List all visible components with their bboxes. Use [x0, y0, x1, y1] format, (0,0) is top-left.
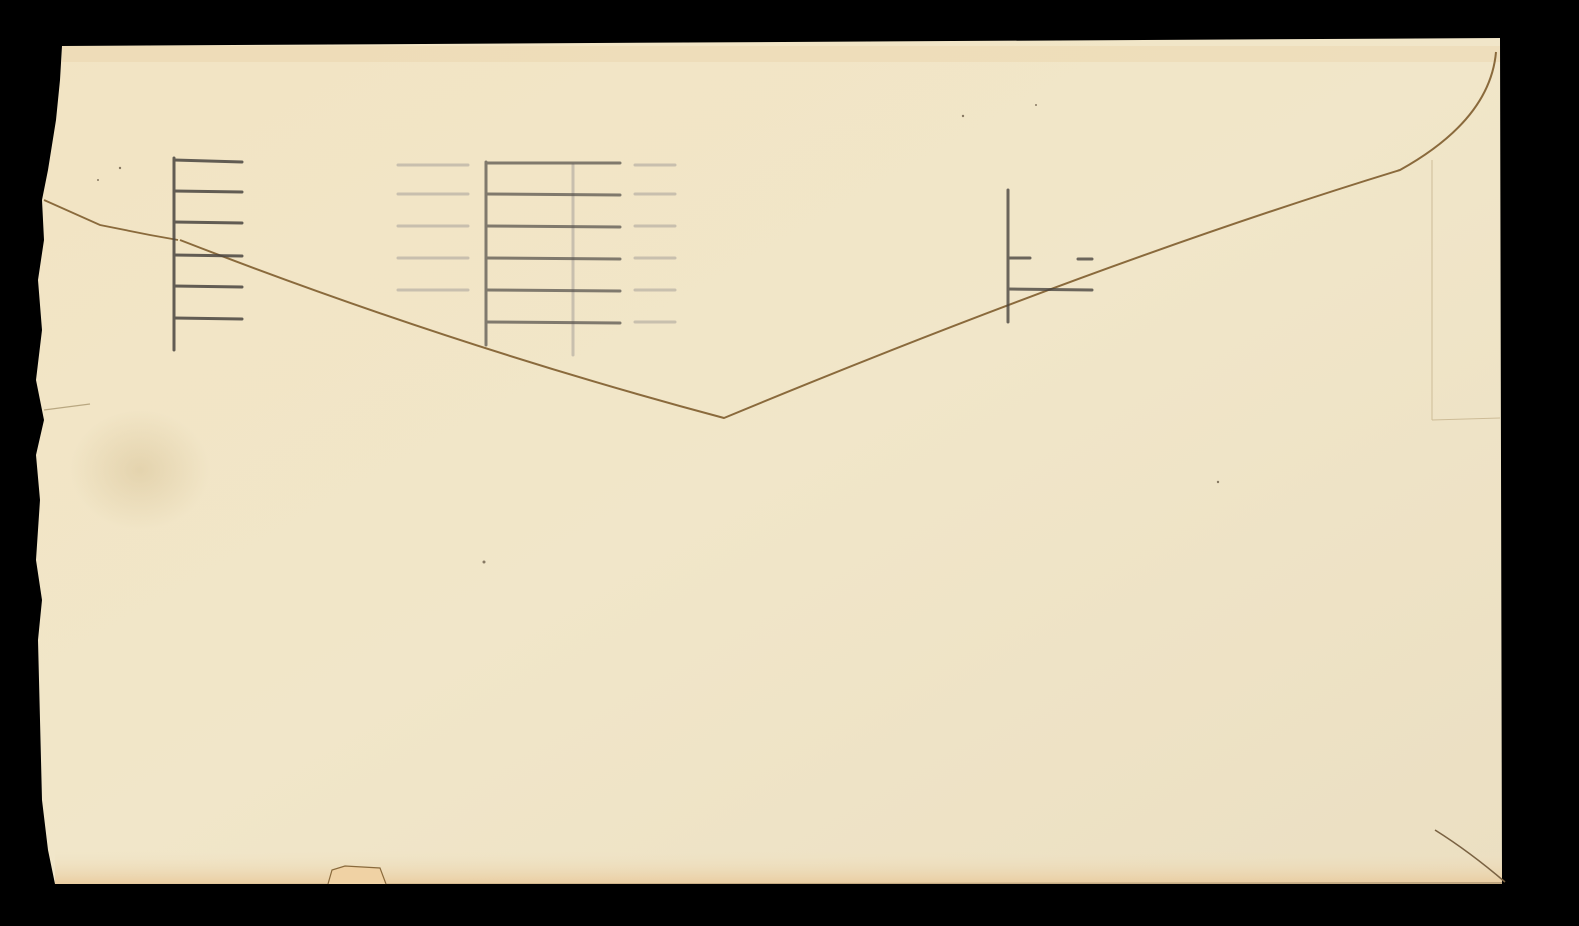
bottom-tear: [328, 866, 386, 884]
envelope-back: [0, 0, 1579, 926]
photo-scene: [0, 0, 1579, 926]
envelope-paper: [36, 38, 1502, 884]
